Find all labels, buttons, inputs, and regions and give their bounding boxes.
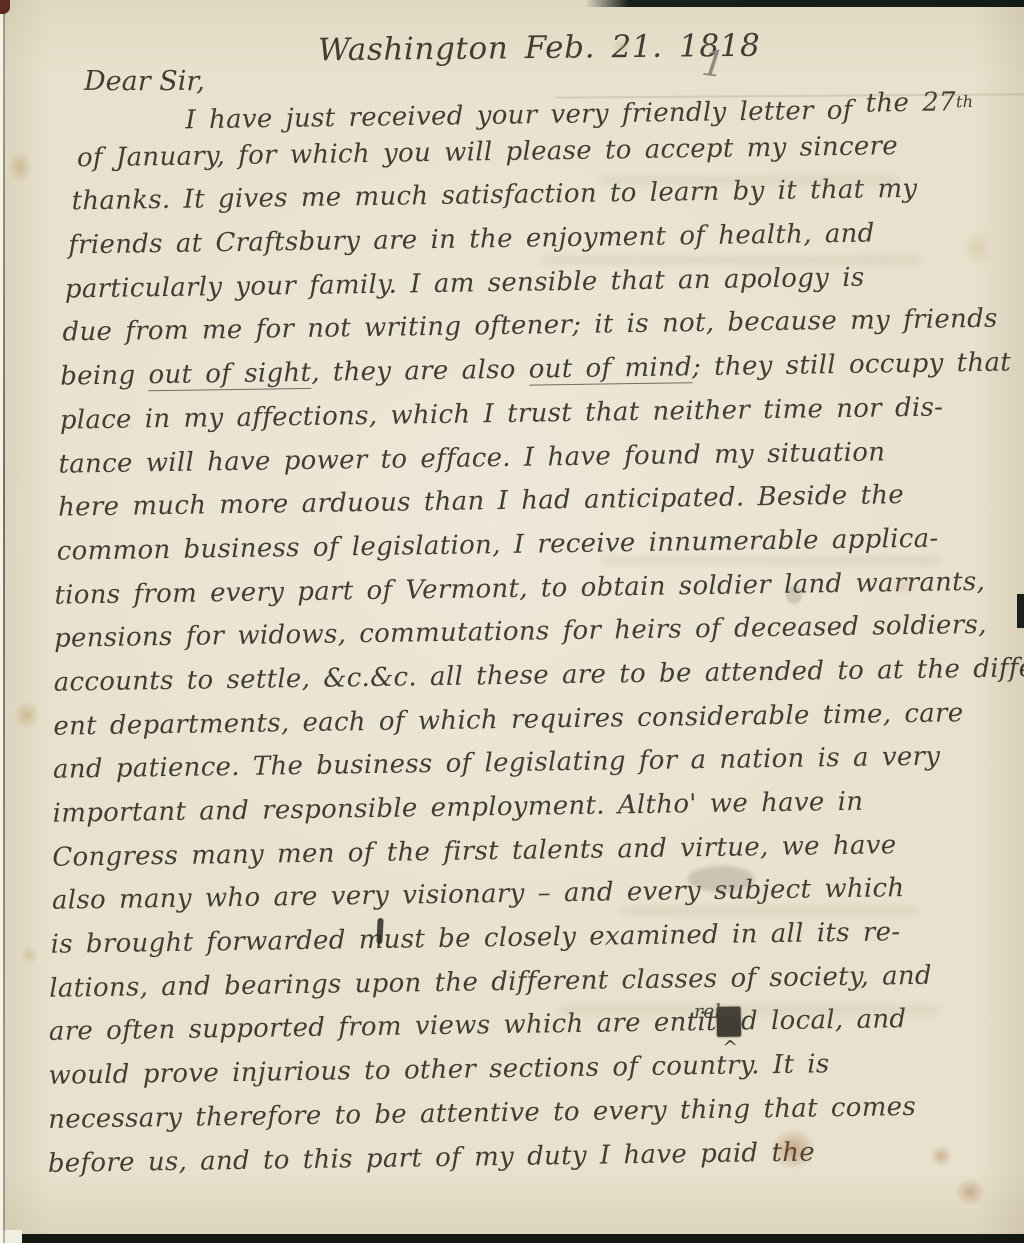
letter-text-segment: ; they still occupy that [692,348,1011,383]
letter-text-segment: is brought forwarded must be closely exa… [50,917,900,960]
paper-edge-left-line [3,0,5,1243]
letter-text-segment: also many who are very visionary – and e… [52,873,905,916]
letter-text-segment: the 27 [865,81,956,126]
letter-text-segment: before us, and to this part of my duty I… [48,1137,816,1178]
scan-edge-top [585,0,1024,7]
letter-text-segment: place in my affections, which I trust th… [60,392,944,435]
paper-stain [14,700,40,730]
letter-text-segment: necessary therefore to be attentive to e… [48,1092,916,1135]
letter-text-segment: local, and [758,1005,907,1037]
letter-body: I have just received your very friendly … [30,80,1006,1186]
letter-text-segment: particularly your family. I am sensible … [65,262,865,304]
paper-stain [8,150,32,184]
letter-text-segment: out of mind [529,352,693,385]
pencil-page-number: 1 [700,43,728,86]
letter-text-segment: of January, for which you will please to… [77,131,898,173]
paper-stain [955,1178,985,1206]
paper-edge-left [0,0,3,1243]
letter-text-segment: out of sight [148,358,311,391]
letter-text-segment: , they are also [311,355,529,388]
letter-text-segment: th [956,92,974,111]
letter-text-segment: tance will have power to efface. I have … [58,437,885,479]
paper-stain [20,945,38,965]
letter-text-segment: Congress many men of the first talents a… [52,830,897,873]
scan-edge-right-notch [1017,594,1024,628]
letter-text-segment: d [741,1007,758,1037]
letter-text-segment: due from me for not writing oftener; it … [62,304,998,348]
letter-text-segment: important and responsible employment. Al… [52,787,863,829]
letter-text-segment: tions from every part of Vermont, to obt… [54,566,985,610]
scan-edge-bottom [18,1234,1024,1243]
letter-text-segment: lations, and bearings upon the different… [49,960,932,1003]
letter-dateline: Washington Feb. 21. 1818 [318,28,761,69]
letter-text-segment: and patience. The business of legislatin… [53,742,941,785]
letter-text-segment: accounts to settle, &c.&c. all these are… [54,653,1024,698]
letter-text-segment: being [60,360,149,391]
letter-page: Washington Feb. 21. 1818 1 Dear Sir, I h… [0,0,1024,1243]
letter-text-segment: thanks. It gives me much satisfaction to… [71,174,917,217]
letter-text-segment: are often supported from views which are [49,1008,654,1047]
letter-text-segment: common business of legislation, I receiv… [57,523,939,566]
letter-text-segment: friends at Craftsbury are in the enjoyme… [68,219,875,261]
corner-mark-top-left [0,0,10,14]
letter-text-segment: pensions for widows, commutations for he… [54,610,987,654]
letter-text-segment: would prove injurious to other sections … [48,1049,829,1091]
letter-text-segment: ent departments, each of which requires … [53,698,963,741]
paper-corner-bottom-left [0,1230,22,1243]
letter-text-segment: here much more arduous than I had antici… [58,480,904,523]
